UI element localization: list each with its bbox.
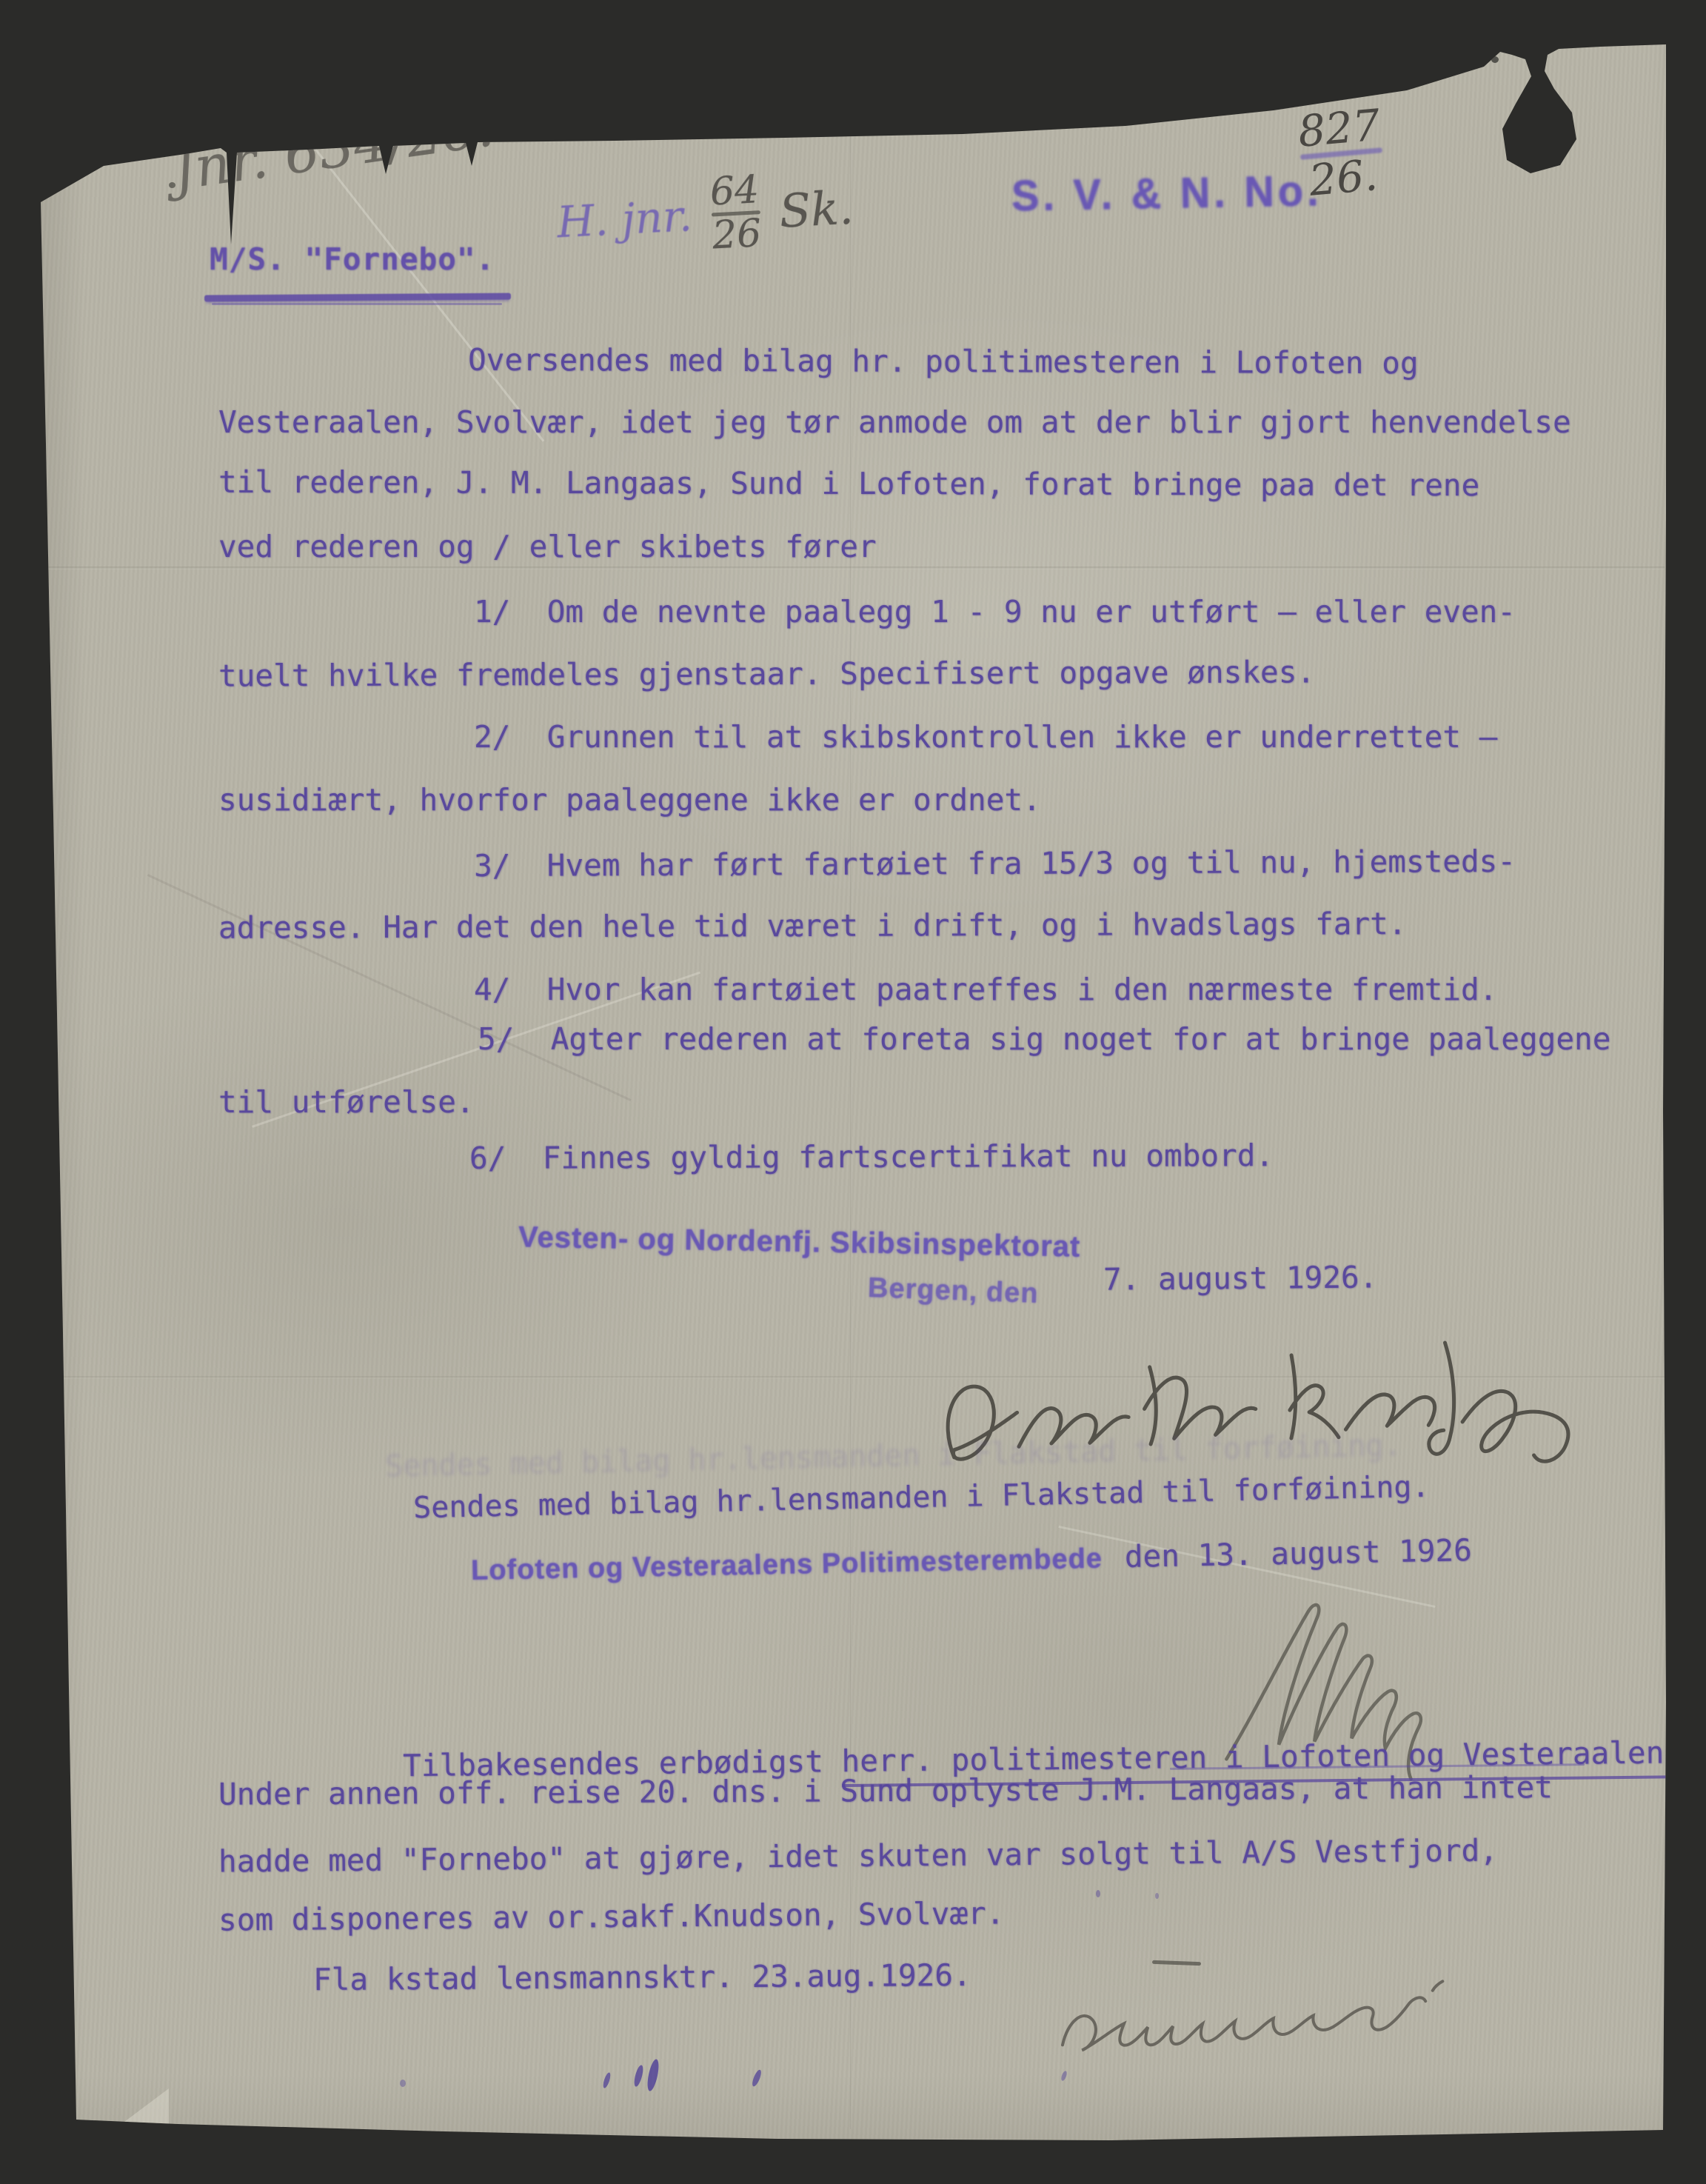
body-line: til rederen, J. M. Langaas, Sund i Lofot… — [218, 467, 1479, 501]
paper-speck — [169, 182, 175, 188]
h-journal-note: H. jnr. 64 26 Sk. — [555, 167, 855, 264]
crease-diagonal — [306, 137, 545, 442]
ink-spot — [602, 2071, 612, 2088]
body-line: 6/ Finnes gyldig fartscertifikat nu ombo… — [469, 1141, 1274, 1174]
scanned-document-page: Jnr. 634/26. H. jnr. 64 26 Sk. S. V. & N… — [0, 0, 1706, 2184]
place-label-stamp: Bergen, den — [867, 1272, 1039, 1310]
lensmann-signature — [1050, 1968, 1468, 2071]
subject-underline — [212, 303, 502, 305]
forwarding-date: den 13. august 1926 — [1124, 1535, 1472, 1572]
received-numerator: 827 — [1297, 104, 1382, 153]
received-number-fraction: 827 26. — [1297, 104, 1386, 201]
return-note-body-line: hadde med "Fornebo" at gjøre, idet skute… — [218, 1835, 1498, 1877]
body-line: 4/ Hvor kan fartøiet paatreffes i den næ… — [474, 975, 1497, 1005]
ship-inspectorate-stamp: Vesten- og Nordenfj. Skibsinspektorat — [518, 1220, 1081, 1263]
h-journal-fraction: 64 26 — [709, 172, 763, 255]
body-line: 5/ Agter rederen at foreta sig noget for… — [478, 1024, 1610, 1055]
h-journal-label: H. jnr. — [555, 190, 693, 247]
letter-date: 7. august 1926. — [1103, 1262, 1378, 1295]
return-note-body-line: som disponeres av or.sakf.Knudson, Svolv… — [218, 1898, 1005, 1935]
subject-line: M/S. "Fornebo". — [210, 244, 495, 275]
pencil-dash — [1152, 1960, 1201, 1966]
ink-spot — [400, 2080, 406, 2087]
police-office-stamp-row: Lofoten og Vesteraalens Politimesterembe… — [471, 1535, 1473, 1587]
body-line: til utførelse. — [218, 1087, 475, 1118]
ink-spot — [1155, 1893, 1159, 1899]
body-line: 3/ Hvem har ført fartøiet fra 15/3 og ti… — [474, 846, 1516, 881]
h-journal-numerator: 64 — [709, 172, 760, 211]
body-line: adresse. Har det den hele tid været i dr… — [218, 909, 1407, 944]
received-denominator: 26. — [1308, 155, 1379, 201]
body-line: ved rederen og / eller skibets fører — [218, 532, 877, 562]
ink-spot — [1096, 1890, 1100, 1897]
return-note-body-line: Under annen off. reise 20. dns. i Sund o… — [218, 1772, 1553, 1809]
body-line: 2/ Grunnen til at skibskontrollen ikke e… — [474, 722, 1497, 752]
h-journal-denominator: 26 — [712, 216, 763, 255]
paper: Jnr. 634/26. H. jnr. 64 26 Sk. S. V. & N… — [0, 0, 1706, 2184]
ink-spot — [751, 2068, 763, 2087]
journal-number-note: Jnr. 634/26. — [169, 95, 497, 203]
h-journal-suffix: Sk. — [778, 180, 854, 238]
ink-spot — [632, 2064, 644, 2087]
body-line: 1/ Om de nevnte paalegg 1 - 9 nu er utfø… — [474, 597, 1516, 627]
subject-underline — [204, 293, 511, 302]
body-line: Vesteraalen, Svolvær, idet jeg tør anmod… — [218, 407, 1571, 438]
corner-fold — [110, 2088, 169, 2133]
received-stamp: S. V. & N. No. — [1011, 165, 1322, 221]
body-line: susidiært, hvorfor paaleggene ikke er or… — [218, 785, 1041, 815]
paper-speck — [1491, 56, 1499, 63]
body-line: Oversendes med bilag hr. politimesteren … — [468, 345, 1419, 378]
police-office-stamp: Lofoten og Vesteraalens Politimesterembe… — [471, 1543, 1103, 1587]
fold-line-horizontal — [43, 567, 1665, 570]
return-note-closing: Fla kstad lensmannsktr. 23.aug.1926. — [313, 1960, 971, 1995]
ink-spot — [1060, 2070, 1068, 2081]
ink-spot — [646, 2058, 661, 2092]
body-line: tuelt hvilke fremdeles gjenstaar. Specif… — [218, 657, 1315, 691]
